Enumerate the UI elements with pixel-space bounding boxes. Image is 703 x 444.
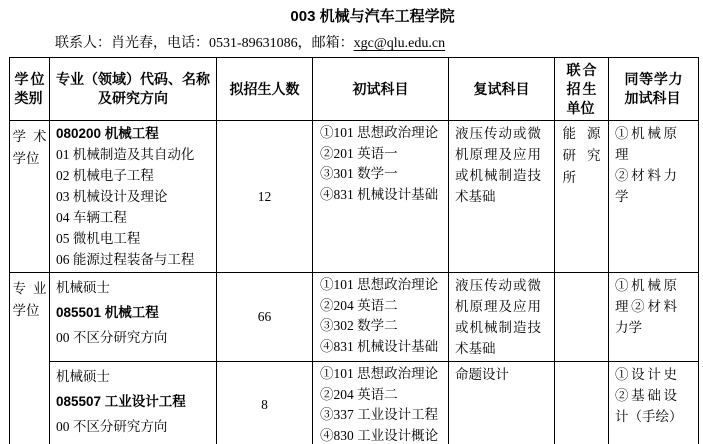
research-direction: 05 微机电工程 (56, 228, 212, 249)
additional-subject: ①机械原理 (615, 123, 677, 165)
table-row-academic: 学术学位 080200 机械工程 01 机械制造及其自动化 02 机械电子工程 … (10, 121, 699, 273)
research-direction: 04 车辆工程 (56, 207, 212, 228)
exam-subject: ③337 工业设计工程 (320, 405, 444, 426)
header-enrollment: 拟招生人数 (217, 58, 313, 121)
program-cell: 080200 机械工程 01 机械制造及其自动化 02 机械电子工程 03 机械… (50, 121, 217, 273)
retest-exams-cell: 液压传动或微机原理及应用或机械制造技术基础 (449, 121, 555, 273)
research-direction: 03 机械设计及理论 (56, 186, 212, 207)
research-direction: 06 能源过程装备与工程 (56, 249, 212, 270)
retest-subject: 命题设计 (455, 364, 541, 385)
header-retest-exams: 复试科目 (449, 58, 555, 121)
program-type: 机械硕士 (56, 364, 212, 389)
exam-subject: ②204 英语二 (320, 296, 444, 317)
degree-category-cell: 专业学位 (10, 273, 50, 444)
additional-subject: ②材料力学 (615, 165, 677, 207)
program-code: 080200 机械工程 (56, 123, 212, 144)
header-row: 学位类别 专业（领域）代码、名称及研究方向 拟招生人数 初试科目 复试科目 联合… (10, 58, 699, 121)
contact-line: 联系人：肖光春，电话：0531-89631086，邮箱：xgc@qlu.edu.… (55, 35, 703, 53)
contact-email-link[interactable]: xgc@qlu.edu.cn (354, 36, 445, 51)
initial-exams-cell: ①101 思想政治理论 ②201 英语一 ③301 数学一 ④831 机械设计基… (313, 121, 449, 273)
header-degree-category: 学位类别 (10, 58, 50, 121)
table-row-professional-085501: 专业学位 机械硕士 085501 机械工程 00 不区分研究方向 66 ①101… (10, 273, 699, 362)
page-title: 003 机械与汽车工程学院 (0, 0, 703, 25)
research-direction: 01 机械制造及其自动化 (56, 144, 212, 165)
exam-subject: ④831 机械设计基础 (320, 337, 444, 358)
exam-subject: ③301 数学一 (320, 164, 444, 185)
header-program: 专业（领域）代码、名称及研究方向 (50, 58, 217, 121)
program-cell: 机械硕士 085507 工业设计工程 00 不区分研究方向 (50, 362, 217, 444)
research-direction: 02 机械电子工程 (56, 165, 212, 186)
retest-subject: 液压传动或微机原理及应用或机械制造技术基础 (455, 275, 541, 359)
program-type: 机械硕士 (56, 275, 212, 300)
joint-unit-cell (555, 362, 609, 444)
exam-subject: ②201 英语一 (320, 144, 444, 165)
additional-exams-cell: ①机械原理②材料力学 (609, 273, 699, 362)
exam-subject: ④831 机械设计基础 (320, 185, 444, 206)
additional-subject: ①机械原理②材料力学 (615, 275, 677, 338)
program-cell: 机械硕士 085501 机械工程 00 不区分研究方向 (50, 273, 217, 362)
retest-exams-cell: 命题设计 (449, 362, 555, 444)
joint-unit-cell: 能源研究所 (555, 121, 609, 273)
table-row-professional-085507: 机械硕士 085507 工业设计工程 00 不区分研究方向 8 ①101 思想政… (10, 362, 699, 444)
joint-unit-cell (555, 273, 609, 362)
initial-exams-cell: ①101 思想政治理论 ②204 英语二 ③337 工业设计工程 ④830 工业… (313, 362, 449, 444)
enrollment-count: 12 (217, 121, 313, 273)
exam-subject: ③302 数学二 (320, 316, 444, 337)
exam-subject: ④830 工业设计概论 (320, 426, 444, 444)
enrollment-count: 66 (217, 273, 313, 362)
header-joint-unit: 联合招生单位 (555, 58, 609, 121)
header-initial-exams: 初试科目 (313, 58, 449, 121)
exam-subject: ①101 思想政治理论 (320, 364, 444, 385)
program-code: 085507 工业设计工程 (56, 389, 212, 414)
exam-subject: ②204 英语二 (320, 385, 444, 406)
exam-subject: ①101 思想政治理论 (320, 123, 444, 144)
additional-subject: ①设计史②基础设计（手绘） (615, 364, 677, 427)
additional-exams-cell: ①设计史②基础设计（手绘） (609, 362, 699, 444)
research-direction: 00 不区分研究方向 (56, 325, 212, 350)
document-page: 003 机械与汽车工程学院 联系人：肖光春，电话：0531-89631086，邮… (0, 0, 703, 444)
header-additional-exams: 同等学力加试科目 (609, 58, 699, 121)
additional-exams-cell: ①机械原理 ②材料力学 (609, 121, 699, 273)
research-direction: 00 不区分研究方向 (56, 414, 212, 439)
initial-exams-cell: ①101 思想政治理论 ②204 英语二 ③302 数学二 ④831 机械设计基… (313, 273, 449, 362)
retest-exams-cell: 液压传动或微机原理及应用或机械制造技术基础 (449, 273, 555, 362)
program-code: 085501 机械工程 (56, 300, 212, 325)
contact-text: 联系人：肖光春，电话：0531-89631086，邮箱： (55, 36, 354, 51)
enrollment-count: 8 (217, 362, 313, 444)
joint-unit: 能源研究所 (563, 123, 601, 189)
admissions-table: 学位类别 专业（领域）代码、名称及研究方向 拟招生人数 初试科目 复试科目 联合… (9, 57, 699, 444)
degree-category-cell: 学术学位 (10, 121, 50, 273)
retest-subject: 液压传动或微机原理及应用或机械制造技术基础 (455, 123, 541, 207)
exam-subject: ①101 思想政治理论 (320, 275, 444, 296)
